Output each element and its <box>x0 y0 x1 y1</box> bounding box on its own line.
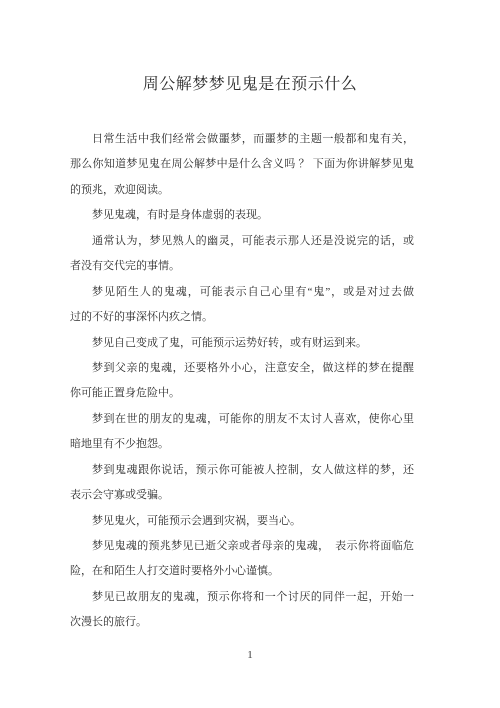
text-line: 梦见鬼魂的预兆梦见已逝父亲或者母亲的鬼魂， 表示你将面临危 <box>70 534 414 559</box>
document-page: 周公解梦梦见鬼是在预示什么 日常生活中我们经常会做噩梦，而噩梦的主题一般都和鬼有… <box>0 0 500 708</box>
text-line: 的预兆，欢迎阅读。 <box>70 178 414 203</box>
text-line: 者没有交代完的事情。 <box>70 254 414 279</box>
text-line: 梦见已故朋友的鬼魂，预示你将和一个讨厌的同伴一起，开始一 <box>70 585 414 610</box>
document-title: 周公解梦梦见鬼是在预示什么 <box>0 72 500 98</box>
text-line: 梦到父亲的鬼魂，还要格外小心，注意安全，做这样的梦在提醒 <box>70 356 414 381</box>
text-line: 梦见鬼魂，有时是身体虚弱的表现。 <box>70 203 414 228</box>
text-line: 通常认为，梦见熟人的幽灵，可能表示那人还是没说完的话，或 <box>70 229 414 254</box>
text-line: 梦到鬼魂跟你说话，预示你可能被人控制，女人做这样的梦，还 <box>70 458 414 483</box>
text-line: 日常生活中我们经常会做噩梦，而噩梦的主题一般都和鬼有关， <box>70 127 414 152</box>
text-line: 表示会守寡或受骗。 <box>70 483 414 508</box>
text-line: 梦见鬼火，可能预示会遇到灾祸，要当心。 <box>70 509 414 534</box>
text-line: 梦见陌生人的鬼魂，可能表示自己心里有“鬼”，或是对过去做 <box>70 280 414 305</box>
text-line: 过的不好的事深怀内疚之情。 <box>70 305 414 330</box>
text-line: 梦见自己变成了鬼，可能预示运势好转，或有财运到来。 <box>70 331 414 356</box>
text-line: 梦到在世的朋友的鬼魂，可能你的朋友不太讨人喜欢，使你心里 <box>70 407 414 432</box>
text-line: 你可能正置身危险中。 <box>70 381 414 406</box>
text-line: 那么你知道梦见鬼在周公解梦中是什么含义吗 ？ 下面为你讲解梦见鬼 <box>70 152 414 177</box>
text-line: 险，在和陌生人打交道时要格外小心谨慎。 <box>70 559 414 584</box>
page-number: 1 <box>0 646 500 664</box>
document-body: 日常生活中我们经常会做噩梦，而噩梦的主题一般都和鬼有关，那么你知道梦见鬼在周公解… <box>70 127 414 636</box>
text-line: 次漫长的旅行。 <box>70 610 414 635</box>
text-line: 暗地里有不少抱怨。 <box>70 432 414 457</box>
